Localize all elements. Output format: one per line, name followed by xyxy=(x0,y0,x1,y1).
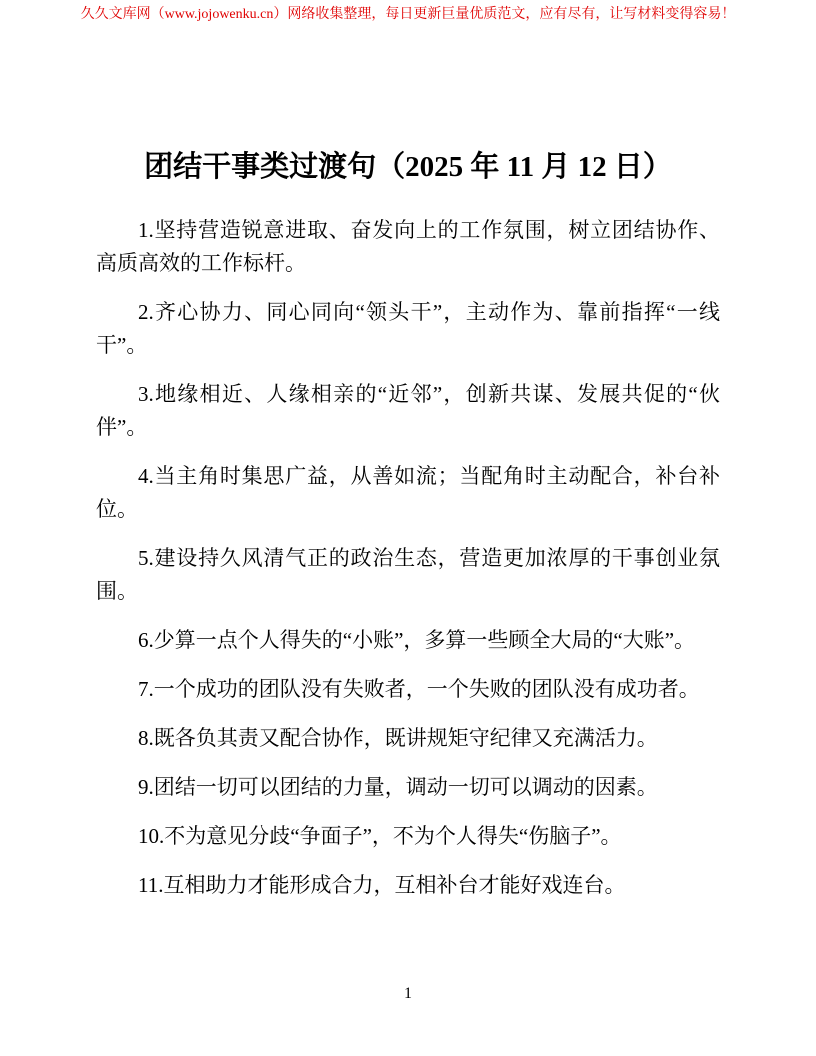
paragraph-item-3: 3.地缘相近、人缘相亲的“近邻”，创新共谋、发展共促的“伙伴”。 xyxy=(96,378,720,444)
page-number: 1 xyxy=(0,984,816,1004)
paragraph-item-7: 7.一个成功的团队没有失败者，一个失败的团队没有成功者。 xyxy=(96,673,720,706)
paragraph-item-10: 10.不为意见分歧“争面子”，不为个人得失“伤脑子”。 xyxy=(96,820,720,853)
paragraph-item-8: 8.既各负其责又配合协作，既讲规矩守纪律又充满活力。 xyxy=(96,722,720,755)
paragraph-item-6: 6.少算一点个人得失的“小账”，多算一些顾全大局的“大账”。 xyxy=(96,624,720,657)
document-page: 久久文库网（www.jojowenku.cn）网络收集整理，每日更新巨量优质范文… xyxy=(0,0,816,1056)
paragraph-item-4: 4.当主角时集思广益，从善如流；当配角时主动配合，补台补位。 xyxy=(96,460,720,526)
paragraph-item-2: 2.齐心协力、同心同向“领头干”，主动作为、靠前指挥“一线干”。 xyxy=(96,296,720,362)
paragraph-item-1: 1.坚持营造锐意进取、奋发向上的工作氛围，树立团结协作、高质高效的工作标杆。 xyxy=(96,214,720,280)
paragraph-item-11: 11.互相助力才能形成合力，互相补台才能好戏连台。 xyxy=(96,869,720,902)
paragraph-item-9: 9.团结一切可以团结的力量，调动一切可以调动的因素。 xyxy=(96,771,720,804)
paragraph-item-5: 5.建设持久风清气正的政治生态，营造更加浓厚的干事创业氛围。 xyxy=(96,542,720,608)
page-title: 团结干事类过渡句（2025 年 11 月 12 日） xyxy=(96,148,720,186)
document-body: 团结干事类过渡句（2025 年 11 月 12 日） 1.坚持营造锐意进取、奋发… xyxy=(96,148,720,918)
watermark-header-text: 久久文库网（www.jojowenku.cn）网络收集整理，每日更新巨量优质范文… xyxy=(0,6,816,24)
